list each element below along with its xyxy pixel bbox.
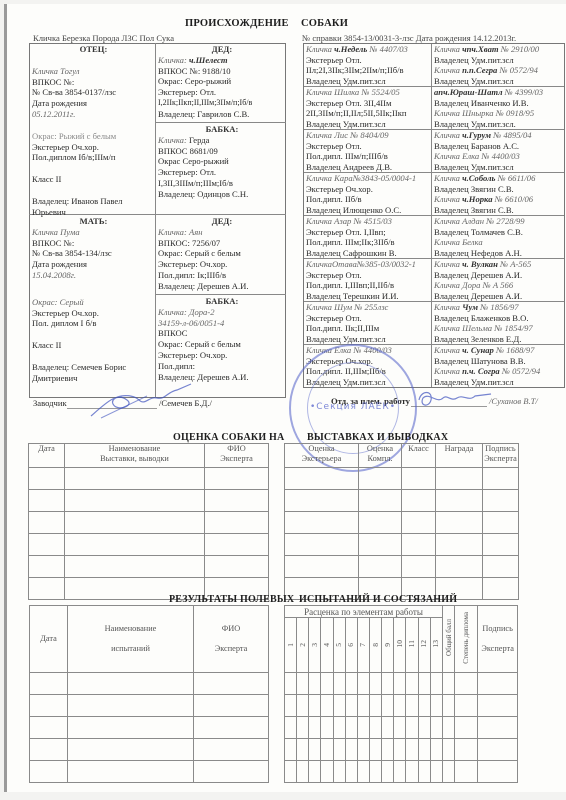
entry-cell[interactable]: [455, 761, 478, 783]
line-text: Экстерьер Отл.: [306, 55, 362, 65]
father-dob-label: Дата рождения: [32, 98, 155, 109]
shows-title-left: ОЦЕНКА СОБАКИ НА: [173, 432, 284, 443]
entry-cell[interactable]: [430, 761, 442, 783]
entry-cell[interactable]: [29, 578, 65, 600]
father-dam-color: Окрас Серо-рыжий: [158, 156, 286, 167]
entry-cell[interactable]: [357, 761, 369, 783]
entry-cell[interactable]: [65, 490, 205, 512]
ancestor-cell-right: Кличка чпч.Хват № 2910/00Владелец Удм.пи…: [432, 44, 563, 86]
entry-cell[interactable]: [285, 717, 297, 739]
entry-cell[interactable]: [29, 556, 65, 578]
entry-cell[interactable]: [359, 534, 402, 556]
entry-cell[interactable]: [309, 695, 321, 717]
entry-cell[interactable]: [285, 761, 297, 783]
entry-cell[interactable]: [29, 512, 65, 534]
element-number-header: 4: [321, 618, 333, 673]
diploma-degree-header: Степень диплома: [455, 606, 478, 673]
entry-cell[interactable]: [402, 534, 436, 556]
entry-cell[interactable]: [345, 695, 357, 717]
entry-cell[interactable]: [333, 739, 345, 761]
element-number-header: 5: [333, 618, 345, 673]
table-row: [30, 695, 269, 717]
entry-cell[interactable]: [382, 695, 394, 717]
line-text: Владелец Удм.пит.зсл: [434, 162, 514, 172]
ancestor-line: Кличка Азар № 4515/03: [306, 216, 431, 227]
entry-cell[interactable]: [30, 761, 68, 783]
entry-cell[interactable]: [321, 673, 333, 695]
entry-cell[interactable]: [442, 673, 454, 695]
ancestor-line: Владелец Толмачев С.В.: [434, 227, 563, 238]
line-text: № 6611/06: [495, 173, 535, 183]
ancestor-line: Экстерьер Отл.: [306, 313, 431, 324]
entry-cell[interactable]: [309, 673, 321, 695]
entry-cell[interactable]: [285, 490, 359, 512]
entry-cell[interactable]: [418, 761, 430, 783]
entry-cell[interactable]: [436, 534, 483, 556]
entry-cell[interactable]: [430, 717, 442, 739]
entry-cell[interactable]: [357, 695, 369, 717]
ancestor-row: Кличка Азар № 4515/03Экстерьер Отл. I,II…: [304, 215, 564, 258]
father-diploma: Пол.диплом Iб/в;IIIм/п: [32, 152, 155, 163]
entry-cell[interactable]: [483, 578, 519, 600]
ancestor-row: Кличка Шилка № 5524/05Экстерьер Отл. 3II…: [304, 86, 564, 129]
entry-cell[interactable]: [205, 512, 269, 534]
ancestor-cell-right: Кличка ч. Сунар № 1688/97Владелец Шатуно…: [432, 345, 563, 387]
entry-cell[interactable]: [402, 512, 436, 534]
entry-cell[interactable]: [30, 673, 68, 695]
mother-sire-cell: ДЕД: Кличка: Аян ВПКОС: 7256/07 Окрас: С…: [156, 216, 286, 292]
entry-cell[interactable]: [297, 695, 309, 717]
line-text: IIл;2I,3IIк;3IIм;2IIм/п;IIб/в: [306, 65, 404, 75]
mother-cert: № Св-ва 3854-134/лзс: [32, 248, 155, 259]
column-header: Награда: [436, 444, 483, 468]
line-text: Кличка: [434, 194, 462, 204]
element-number-header: 13: [430, 618, 442, 673]
mother-cell: МАТЬ: Кличка Пума ВПКОС №: № Св-ва 3854-…: [30, 216, 155, 384]
mother-dam-heading: БАБКА:: [158, 296, 286, 307]
father-cert: № Св-ва 3854-0137/лзс: [32, 87, 155, 98]
column-header: ОценкаКомпл.: [359, 444, 402, 468]
entry-cell[interactable]: [442, 695, 454, 717]
table-row: [285, 739, 518, 761]
entry-cell[interactable]: [406, 695, 418, 717]
ancestor-line: Владелец Андреев Д.В.: [306, 162, 431, 173]
line-text: Кличка Елка № 4400/03: [434, 151, 520, 161]
entry-cell[interactable]: [430, 695, 442, 717]
element-number-header: 7: [357, 618, 369, 673]
entry-cell[interactable]: [309, 739, 321, 761]
ancestor-cell-right: апч.Юраш-Шатл № 4399/03Владелец Иванченк…: [432, 87, 563, 129]
entry-cell[interactable]: [402, 490, 436, 512]
entry-cell[interactable]: [357, 739, 369, 761]
entry-cell[interactable]: [285, 739, 297, 761]
line-text: Кличка Кара№3843-05/0004-1: [306, 173, 416, 183]
table-row: [285, 556, 519, 578]
column-header: Наименованиеиспытаний: [68, 606, 194, 673]
ancestor-line: Кличка Дора № А 566: [434, 280, 563, 291]
ancestor-line: Владелец Удм.пит.зсл: [434, 162, 563, 173]
line-text: № 1856/97: [478, 302, 519, 312]
element-number: 3: [310, 643, 320, 647]
entry-cell[interactable]: [65, 556, 205, 578]
entry-cell[interactable]: [418, 717, 430, 739]
line-text: Экстерьер Отл. I,IIвп;: [306, 227, 386, 237]
ancestor-line: Кличка ч.Соболь № 6611/06: [434, 173, 563, 184]
column-header: Дата: [30, 606, 68, 673]
ancestor-line: Экстерьер Отл. 3II,4IIм: [306, 98, 431, 109]
mother-dam-reg: 34159-л-06/0051-4: [158, 318, 286, 329]
ancestor-line: Кличка Елка № 4400/03: [434, 151, 563, 162]
table-row: [30, 717, 269, 739]
entry-cell[interactable]: [483, 490, 519, 512]
father-sire-exterior: Экстерьер: Отл.: [158, 87, 286, 98]
entry-cell[interactable]: [359, 512, 402, 534]
entry-cell[interactable]: [285, 534, 359, 556]
total-score-label: Общий балл: [444, 619, 454, 656]
ancestor-line: Владелец Илющенко О.С.: [306, 205, 431, 216]
entry-cell[interactable]: [394, 717, 406, 739]
entry-cell[interactable]: [455, 717, 478, 739]
element-number-header: 8: [369, 618, 381, 673]
element-number: 5: [334, 643, 344, 647]
ancestor-line: Кличка ч.Гурум № 4895/04: [434, 130, 563, 141]
entry-cell[interactable]: [194, 739, 269, 761]
father-vpkos: ВПКОС №:: [32, 77, 155, 88]
entry-cell[interactable]: [436, 490, 483, 512]
entry-cell[interactable]: [333, 761, 345, 783]
ancestor-cell-left: Кличка Азар № 4515/03Экстерьер Отл. I,II…: [304, 216, 432, 258]
mother-dam-color: Окрас: Серый с белым: [158, 339, 286, 350]
entry-cell[interactable]: [65, 512, 205, 534]
entry-cell[interactable]: [402, 556, 436, 578]
entry-cell[interactable]: [382, 673, 394, 695]
mother-dam-name: Дора-2: [189, 307, 215, 317]
entry-cell[interactable]: [394, 739, 406, 761]
line-text: Пол.дипл. IIк;II,IIIм: [306, 323, 379, 333]
entry-cell[interactable]: [430, 739, 442, 761]
line-text: Кличка Белка: [434, 237, 483, 247]
entry-cell[interactable]: [418, 739, 430, 761]
entry-cell[interactable]: [483, 556, 519, 578]
father-cell: ОТЕЦ: Кличка Тогул ВПКОС №: № Св-ва 3854…: [30, 44, 155, 218]
father-sire-owner: Владелец: Гаврилов С.В.: [158, 109, 286, 120]
entry-cell[interactable]: [359, 468, 402, 490]
entry-cell[interactable]: [30, 695, 68, 717]
entry-cell[interactable]: [394, 695, 406, 717]
entry-cell[interactable]: [68, 695, 194, 717]
line-text: № 4399/03: [503, 87, 544, 97]
ancestor-line: Владелец Блаженков В.О.: [434, 313, 563, 324]
entry-cell[interactable]: [321, 695, 333, 717]
ancestor-line: Кличка п.п.Сегра № 0572/94: [434, 65, 563, 76]
shows-title-right: ВЫСТАВКАХ И ВЫВОДКАХ: [307, 432, 448, 443]
entry-cell[interactable]: [382, 739, 394, 761]
ancestor-cell-left: Кличка Шум № 255лзсЭкстерьер Отл.Пол.дип…: [304, 302, 432, 344]
champion-name: ч. Вулкан: [462, 259, 498, 269]
ancestor-cell-left: Кличка ч.Недель № 4407/03Экстерьер Отл.I…: [304, 44, 432, 86]
ancestor-line: Владелец Удм.пит.зсл: [434, 55, 563, 66]
entry-cell[interactable]: [205, 556, 269, 578]
ancestor-cell-right: Кличка ч.Гурум № 4895/04Владелец Баранов…: [432, 130, 563, 172]
entry-cell[interactable]: [29, 534, 65, 556]
line-text: Кличка Алдан № 2728/99: [434, 216, 525, 226]
entry-cell[interactable]: [436, 468, 483, 490]
ancestor-cell-left: Кличка Кара№3843-05/0004-1Экстерьер Оч.х…: [304, 173, 432, 215]
line-text: № 0572/94: [497, 65, 538, 75]
champion-name: п.п.Сегра: [462, 65, 497, 75]
entry-cell[interactable]: [483, 468, 519, 490]
line-text: Кличка Лис № 8404/09: [306, 130, 389, 140]
entry-cell[interactable]: [205, 490, 269, 512]
father-dob: 05.12.2011г.: [32, 109, 155, 120]
champion-name: чпч.Хват: [462, 44, 498, 54]
entry-cell[interactable]: [345, 739, 357, 761]
entry-cell[interactable]: [68, 761, 194, 783]
ancestor-line: Владелец Удм.пит.зсл: [434, 377, 563, 388]
entry-cell[interactable]: [345, 761, 357, 783]
line-text: Пол.дипл. IIIм;IIк;3IIб/в: [306, 237, 395, 247]
line-text: Владелец Удм.пит.зсл: [306, 334, 386, 344]
ancestor-line: Владелец Звягин С.В.: [434, 205, 563, 216]
trials-table-right: Расценка по элементам работыОбщий баллСт…: [284, 605, 518, 783]
mother-dob: 15.04.2008г.: [32, 270, 155, 281]
ancestor-line: Кличка ч. Сунар № 1688/97: [434, 345, 563, 356]
entry-cell[interactable]: [455, 739, 478, 761]
table-row: [30, 739, 269, 761]
entry-cell[interactable]: [194, 717, 269, 739]
name-label: Кличка:: [158, 307, 187, 317]
ancestor-line: Кличка Шум № 255лзс: [306, 302, 431, 313]
dept-name: /Суханов В.Т/: [489, 396, 538, 407]
table-row: [30, 761, 269, 783]
entry-cell[interactable]: [321, 739, 333, 761]
line-text: Пол.дипл. IIIм/п;IIIб/в: [306, 151, 388, 161]
line-text: Владелец Илющенко О.С.: [306, 205, 401, 215]
line-text: Кличка Шум № 255лзс: [306, 302, 388, 312]
line-text: Экстерьер Оч.хор.: [306, 356, 373, 366]
column-header: Класс: [402, 444, 436, 468]
entry-cell[interactable]: [285, 512, 359, 534]
entry-cell[interactable]: [483, 512, 519, 534]
line-text: Владелец Дерешев А.И.: [434, 270, 522, 280]
entry-cell[interactable]: [442, 739, 454, 761]
table-row: [285, 761, 518, 783]
line-text: Кличка Дора № А 566: [434, 280, 513, 290]
ancestor-row: Кличка Лис № 8404/09Экстерьер Отл.Пол.ди…: [304, 129, 564, 172]
entry-cell[interactable]: [369, 739, 381, 761]
entry-cell[interactable]: [402, 468, 436, 490]
entry-cell[interactable]: [442, 761, 454, 783]
line-text: Экстерьер Отл.: [306, 313, 362, 323]
mother-exterior: Экстерьер Оч.хор.: [32, 308, 155, 319]
entry-cell[interactable]: [478, 761, 518, 783]
ancestor-line: 2II,3IIм/п;II,IIл;5II,5IIк;IIкп: [306, 108, 431, 119]
line-text: Владелец Удм.пит.зсл: [434, 377, 514, 387]
entry-cell[interactable]: [418, 673, 430, 695]
line-text: Владелец Баранов А.С.: [434, 141, 519, 151]
ancestor-line: Кличка Чум № 1856/97: [434, 302, 563, 313]
entry-cell[interactable]: [455, 673, 478, 695]
ancestors-grid: Кличка ч.Недель № 4407/03Экстерьер Отл.I…: [303, 43, 565, 388]
line-text: КличкаОтава№385-03/0032-1: [306, 259, 416, 269]
mother-name: Кличка Пума: [32, 227, 155, 238]
entry-cell[interactable]: [297, 739, 309, 761]
entry-cell[interactable]: [309, 717, 321, 739]
entry-cell[interactable]: [68, 673, 194, 695]
entry-cell[interactable]: [65, 468, 205, 490]
element-number-header: 2: [297, 618, 309, 673]
element-number: 6: [346, 643, 356, 647]
line-text: Владелец Удм.пит.зсл: [306, 377, 386, 387]
line-text: Владелец Блаженков В.О.: [434, 313, 529, 323]
ancestor-line: Пол.дипл. I,IIIвп;II,IIб/в: [306, 280, 431, 291]
ancestor-cell-right: Кличка ч.Соболь № 6611/06Владелец Звягин…: [432, 173, 563, 215]
table-row: [29, 490, 269, 512]
entry-cell[interactable]: [478, 717, 518, 739]
entry-cell[interactable]: [285, 468, 359, 490]
entry-cell[interactable]: [369, 695, 381, 717]
line-text: Владелец Удм.пит.зсл: [434, 55, 514, 65]
ancestor-line: Пол.дипл. IIIм;IIк;3IIб/в: [306, 237, 431, 248]
element-number: 13: [431, 640, 441, 648]
breeder-name: /Семечев Б.Д./: [159, 398, 212, 409]
column-header: Расценка по элементам работы: [285, 606, 443, 618]
entry-cell[interactable]: [285, 695, 297, 717]
entry-cell[interactable]: [297, 761, 309, 783]
ancestor-line: Кличка Лис № 8404/09: [306, 130, 431, 141]
entry-cell[interactable]: [369, 761, 381, 783]
entry-cell[interactable]: [382, 761, 394, 783]
father-dam-diploma: I,3II,3IIIм/п;IIIм;Iб/в: [158, 178, 286, 189]
ancestor-line: Пол.дипл. IIIм/п;IIIб/в: [306, 151, 431, 162]
table-row: [285, 717, 518, 739]
champion-name: ч.Гурум: [462, 130, 491, 140]
entry-cell[interactable]: [359, 490, 402, 512]
entry-cell[interactable]: [297, 717, 309, 739]
mother-heading: МАТЬ:: [32, 216, 155, 227]
entry-cell[interactable]: [436, 512, 483, 534]
entry-cell[interactable]: [285, 673, 297, 695]
entry-cell[interactable]: [333, 695, 345, 717]
entry-cell[interactable]: [406, 717, 418, 739]
entry-cell[interactable]: [406, 673, 418, 695]
shows-table-left: ДатаНаименованиеВыставки, выводкиФИОЭксп…: [28, 443, 269, 600]
line-text: Владелец Нефедов А.Н.: [434, 248, 522, 258]
column-header: НаименованиеВыставки, выводки: [65, 444, 205, 468]
line-text: Кличка: [434, 44, 462, 54]
element-number-header: 12: [418, 618, 430, 673]
entry-cell[interactable]: [406, 739, 418, 761]
entry-cell[interactable]: [194, 673, 269, 695]
entry-cell[interactable]: [382, 717, 394, 739]
entry-cell[interactable]: [478, 673, 518, 695]
entry-cell[interactable]: [321, 717, 333, 739]
entry-cell[interactable]: [285, 556, 359, 578]
entry-cell[interactable]: [345, 673, 357, 695]
entry-cell[interactable]: [205, 534, 269, 556]
line-text: Кличка Шилка № 5524/05: [306, 87, 400, 97]
ancestor-line: Экстерьер Отл.: [306, 141, 431, 152]
dept-label: Отд. за плем. работу: [331, 396, 410, 407]
entry-cell[interactable]: [455, 695, 478, 717]
diploma-degree-label: Степень диплома: [461, 612, 471, 664]
entry-cell[interactable]: [430, 673, 442, 695]
mother-sire-vpkos: ВПКОС: 7256/07: [158, 238, 286, 249]
element-number: 9: [383, 643, 393, 647]
column-header: ОценкаЭкстерьера: [285, 444, 359, 468]
line-text: Кличка Шельма № 1854/97: [434, 323, 533, 333]
ancestor-line: Экстерьер Оч.хор.: [306, 356, 431, 367]
entry-cell[interactable]: [68, 739, 194, 761]
entry-cell[interactable]: [478, 739, 518, 761]
entry-cell[interactable]: [309, 761, 321, 783]
name-label: Кличка:: [158, 55, 187, 65]
entry-cell[interactable]: [345, 717, 357, 739]
shows-table-right: ОценкаЭкстерьераОценкаКомпл.КлассНаграда…: [284, 443, 519, 600]
mother-dam-owner: Владелец: Дерешев А.И.: [158, 372, 286, 383]
line-text: Экстерьер Отл.: [306, 141, 362, 151]
ancestor-row: Кличка Шум № 255лзсЭкстерьер Отл.Пол.дип…: [304, 301, 564, 344]
entry-cell[interactable]: [359, 556, 402, 578]
entry-cell[interactable]: [30, 739, 68, 761]
entry-cell[interactable]: [297, 673, 309, 695]
entry-cell[interactable]: [406, 761, 418, 783]
mother-dam-diploma: Пол.дипл:: [158, 361, 286, 372]
trials-title-right: ИСПЫТАНИЙ И СОСТЯЗАНИЙ: [299, 594, 457, 605]
ancestor-line: Владелец Шатунова В.В.: [434, 356, 563, 367]
table-row: [285, 512, 519, 534]
champion-name: ч.Недель: [334, 44, 367, 54]
entry-cell[interactable]: [29, 468, 65, 490]
entry-cell[interactable]: [394, 673, 406, 695]
entry-cell[interactable]: [478, 695, 518, 717]
ancestor-cell-left: Кличка Лис № 8404/09Экстерьер Отл.Пол.ди…: [304, 130, 432, 172]
ancestor-row: КличкаОтава№385-03/0032-1Экстерьер Отл.П…: [304, 258, 564, 301]
line-text: Владелец Зеленков Е.Д.: [434, 334, 521, 344]
line-text: Кличка: [434, 65, 462, 75]
entry-cell[interactable]: [357, 717, 369, 739]
line-text: Кличка: [434, 302, 462, 312]
entry-cell[interactable]: [194, 695, 269, 717]
entry-cell[interactable]: [418, 695, 430, 717]
ancestor-line: Владелец Дерешев А.И.: [434, 270, 563, 281]
entry-cell[interactable]: [68, 717, 194, 739]
entry-cell[interactable]: [436, 556, 483, 578]
entry-cell[interactable]: [194, 761, 269, 783]
entry-cell[interactable]: [369, 673, 381, 695]
entry-cell[interactable]: [65, 534, 205, 556]
element-number: 12: [419, 640, 429, 648]
mother-dam-exterior: Экстерьер: Оч.хор.: [158, 350, 286, 361]
father-sire-color: Окрас: Серо-рыжий: [158, 76, 286, 87]
entry-cell[interactable]: [29, 490, 65, 512]
entry-cell[interactable]: [483, 534, 519, 556]
entry-cell[interactable]: [30, 717, 68, 739]
ancestor-line: Экстерьер Отл.: [306, 55, 431, 66]
entry-cell[interactable]: [442, 717, 454, 739]
header-row: ДатаНаименованиеВыставки, выводкиФИОЭксп…: [29, 444, 269, 468]
table-row: [29, 534, 269, 556]
entry-cell[interactable]: [357, 673, 369, 695]
mother-owner: Владелец: Семечев Борис Дмитриевич: [32, 362, 155, 384]
entry-cell[interactable]: [333, 673, 345, 695]
entry-cell[interactable]: [333, 717, 345, 739]
entry-cell[interactable]: [205, 468, 269, 490]
entry-cell[interactable]: [394, 761, 406, 783]
father-sire-name: ч.Шелест: [189, 55, 228, 65]
entry-cell[interactable]: [369, 717, 381, 739]
entry-cell[interactable]: [321, 761, 333, 783]
